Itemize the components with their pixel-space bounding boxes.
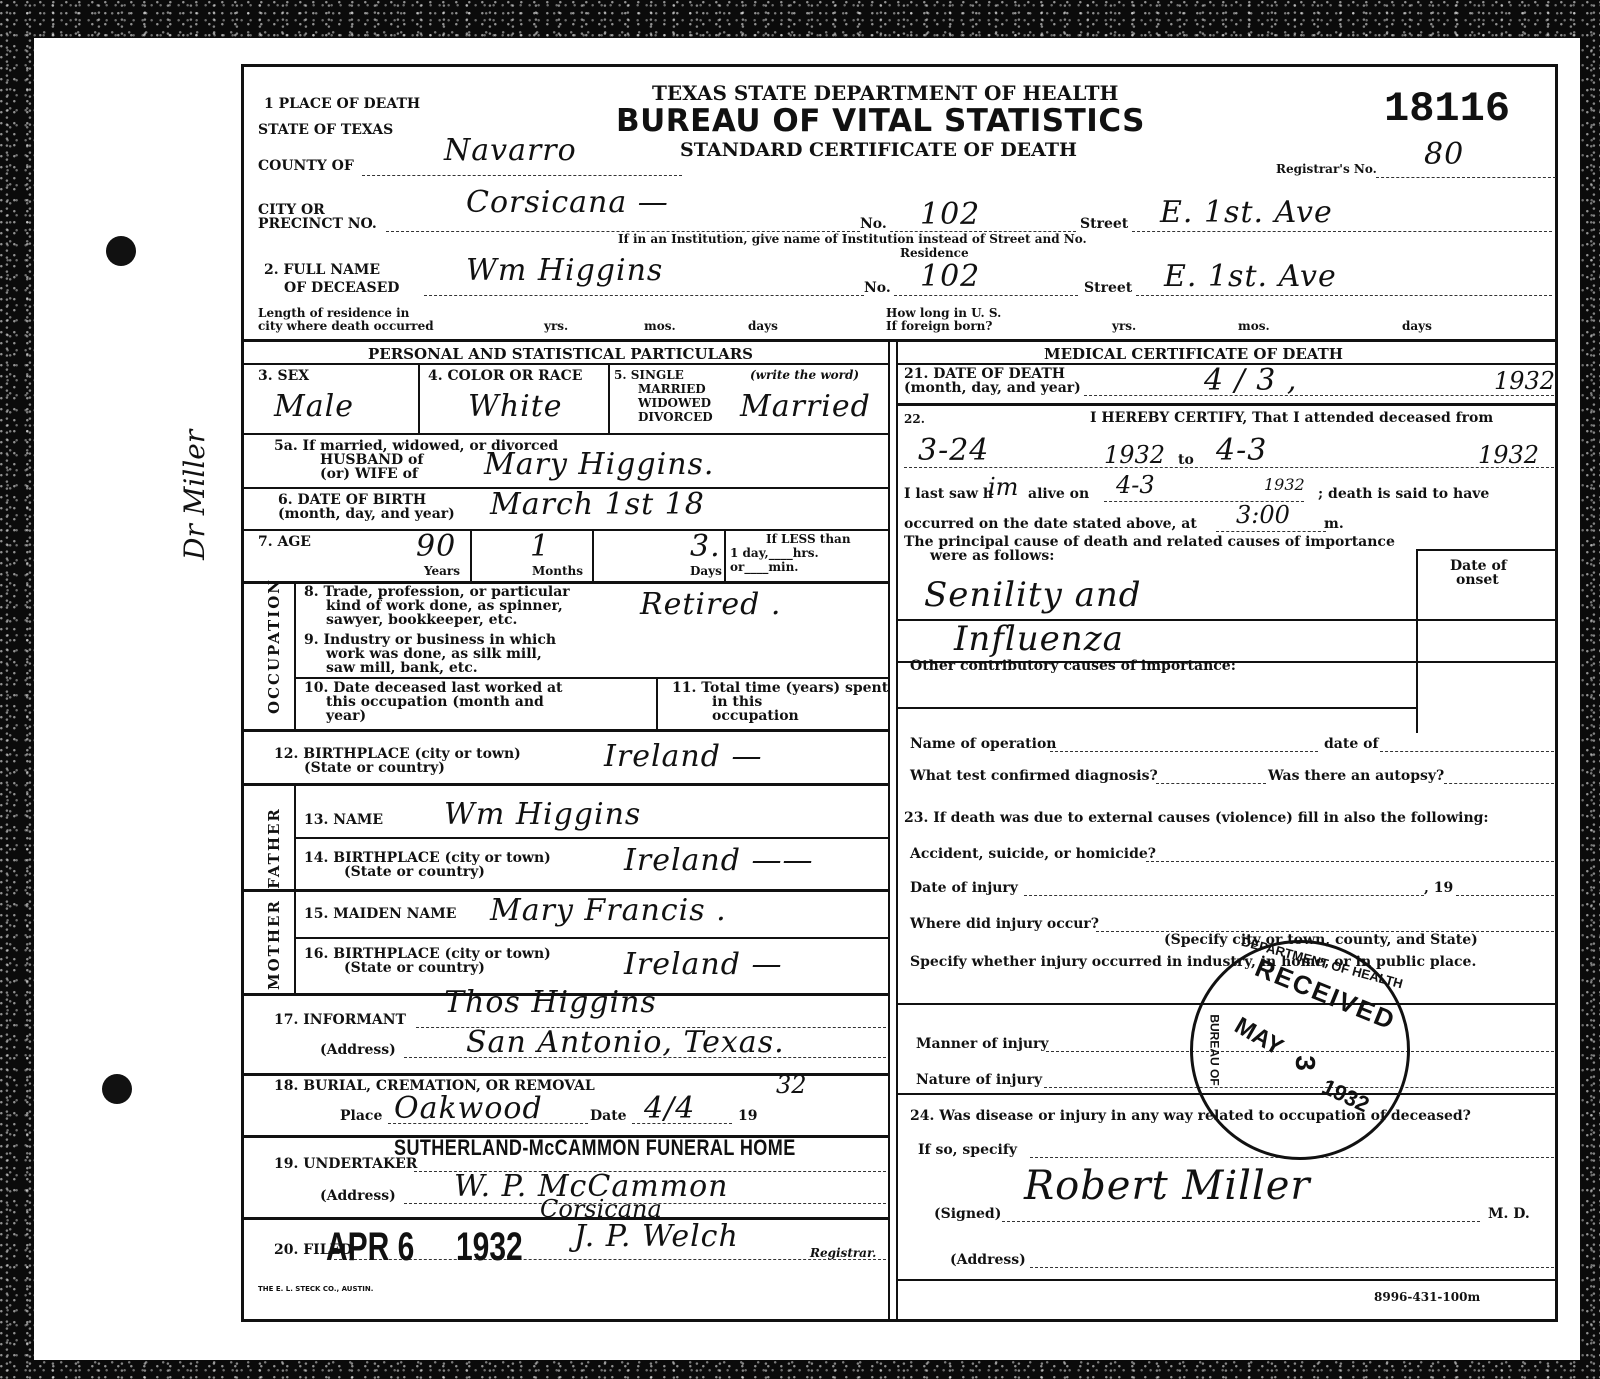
father-side-label: FATHER: [265, 806, 283, 890]
operation-date-label: date of: [1324, 737, 1378, 752]
spouse-label-3: (or) WIFE of: [320, 467, 418, 482]
sex-label: 3. SEX: [258, 369, 309, 384]
birthplace-label-2: (State or country): [304, 761, 445, 776]
mother-birthplace-value: Ireland —: [624, 947, 783, 982]
test-label: What test confirmed diagnosis?: [910, 769, 1158, 784]
injury-specify-label: Specify whether injury occurred in indus…: [910, 955, 1476, 970]
registrar-no-label: Registrar's No.: [1276, 163, 1377, 176]
institution-note: If in an Institution, give name of Insti…: [618, 233, 1087, 246]
date-of-death-year: 1932: [1494, 367, 1555, 395]
father-birthplace-label-2: (State or country): [344, 865, 485, 880]
street-label: Street: [1080, 217, 1128, 232]
undertaker-address-label: (Address): [320, 1189, 396, 1204]
signed-label: (Signed): [934, 1207, 1001, 1222]
registrar-label: Registrar.: [810, 1247, 876, 1260]
less-than-label-2: 1 day,____hrs.: [730, 547, 819, 560]
to-label: to: [1178, 453, 1194, 468]
last-worked-label-3: year): [326, 709, 366, 724]
dob-value: March 1st 18: [490, 487, 705, 522]
attended-to-year: 1932: [1478, 441, 1539, 469]
received-stamp: DEPARTMENT OF HEALTH RECEIVED MAY 3 1932…: [1190, 940, 1410, 1160]
how-long-label-2: If foreign born?: [886, 320, 992, 333]
last-saw-him: im: [988, 473, 1018, 501]
days-label: days: [748, 320, 778, 333]
md-label: M. D.: [1488, 1207, 1530, 1222]
external-causes-label: 23. If death was due to external causes …: [904, 811, 1489, 826]
department-title: TEXAS STATE DEPARTMENT OF HEALTH: [652, 81, 1118, 105]
manner-label: Manner of injury: [916, 1037, 1049, 1052]
burial-year-value: 32: [776, 1071, 807, 1099]
if-so-label: If so, specify: [918, 1143, 1017, 1158]
trade-value: Retired .: [640, 587, 781, 622]
days-label: Days: [690, 565, 722, 578]
full-name-value: Wm Higgins: [466, 253, 663, 288]
accident-label: Accident, suicide, or homicide?: [910, 847, 1156, 862]
injury-where-label: Where did injury occur?: [910, 917, 1099, 932]
res-street-label: Street: [1084, 281, 1132, 296]
printer-note: THE E. L. STECK CO., AUSTIN.: [258, 1285, 373, 1293]
place-street-value: E. 1st. Ave: [1160, 195, 1333, 230]
place-no-value: 102: [920, 197, 980, 232]
physician-address-label: (Address): [950, 1253, 1026, 1268]
stamp-month: MAY: [1229, 1012, 1287, 1062]
punch-hole: [102, 1074, 132, 1104]
less-than-label-1: If LESS than: [766, 533, 851, 546]
birthplace-value: Ireland —: [604, 739, 763, 774]
years-label: Years: [424, 565, 460, 578]
industry-label-3: saw mill, bank, etc.: [326, 661, 478, 676]
last-saw-suffix: ; death is said to have: [1318, 487, 1489, 502]
mother-maiden-label: 15. MAIDEN NAME: [304, 907, 456, 922]
cause-label-2: were as follows:: [930, 549, 1054, 564]
nature-label: Nature of injury: [916, 1073, 1042, 1088]
occupation-side-label: OCCUPATION: [265, 594, 283, 714]
father-birthplace-value: Ireland ——: [624, 843, 814, 878]
stamp-bureau: BUREAU OF: [1208, 1014, 1222, 1085]
filed-stamp-date: APR 6: [326, 1225, 414, 1270]
sex-value: Male: [274, 389, 354, 424]
length-label-2: city where death occurred: [258, 320, 434, 333]
father-name-label: 13. NAME: [304, 813, 383, 828]
attended-from-value: 3-24: [918, 433, 989, 468]
city-value: Corsicana —: [466, 185, 669, 220]
medical-section-title: MEDICAL CERTIFICATE OF DEATH: [1044, 345, 1343, 363]
mother-side-label: MOTHER: [265, 906, 283, 990]
dod-label-2: (month, day, and year): [904, 381, 1081, 396]
yrs-label: yrs.: [544, 320, 568, 333]
attended-from-year: 1932: [1104, 441, 1165, 469]
months-label: Months: [532, 565, 583, 578]
res-street-value: E. 1st. Ave: [1164, 259, 1337, 294]
personal-section-title: PERSONAL AND STATISTICAL PARTICULARS: [368, 345, 753, 363]
burial-place-value: Oakwood: [394, 1091, 543, 1126]
race-value: White: [468, 389, 563, 424]
informant-address-value: San Antonio, Texas.: [466, 1025, 785, 1060]
marital-label-married: MARRIED: [638, 383, 706, 396]
time-suffix: m.: [1324, 517, 1344, 532]
injury-date-label: Date of injury: [910, 881, 1018, 896]
last-saw-year: 1932: [1264, 475, 1305, 494]
mos-label: mos.: [644, 320, 676, 333]
filed-stamp-year: 1932: [456, 1225, 523, 1270]
operation-label: Name of operation: [910, 737, 1056, 752]
marital-value: Married: [740, 389, 871, 424]
age-label: 7. AGE: [258, 535, 311, 550]
full-name-label-2: OF DECEASED: [284, 281, 399, 296]
yrs-label: yrs.: [1112, 320, 1136, 333]
mother-birthplace-label-2: (State or country): [344, 961, 485, 976]
punch-hole: [106, 236, 136, 266]
registrar-no-value: 80: [1424, 137, 1464, 172]
marital-hint: (write the word): [750, 369, 859, 382]
state-label: STATE OF TEXAS: [258, 123, 393, 138]
informant-address-label: (Address): [320, 1043, 396, 1058]
last-saw-date: 4-3: [1116, 471, 1155, 499]
mos-label: mos.: [1238, 320, 1270, 333]
no-label: No.: [860, 217, 887, 232]
res-no-label: No.: [864, 281, 891, 296]
county-label: COUNTY OF: [258, 159, 354, 174]
age-days-value: 3.: [690, 529, 721, 564]
mother-maiden-value: Mary Francis .: [490, 893, 727, 928]
last-saw-mid: alive on: [1028, 487, 1089, 502]
spouse-value: Mary Higgins.: [484, 447, 714, 482]
race-label: 4. COLOR OR RACE: [428, 369, 582, 384]
attended-to-value: 4-3: [1216, 433, 1267, 468]
marital-label-single: 5. SINGLE: [614, 369, 684, 382]
bureau-title: BUREAU OF VITAL STATISTICS: [616, 103, 1145, 139]
informant-label: 17. INFORMANT: [274, 1013, 406, 1028]
physician-signature: Robert Miller: [1024, 1163, 1311, 1209]
dob-label-2: (month, day, and year): [278, 507, 455, 522]
other-causes-label: Other contributory causes of importance:: [910, 659, 1236, 674]
days-label: days: [1402, 320, 1432, 333]
full-name-label-1: 2. FULL NAME: [264, 263, 380, 278]
form-code: 8996-431-100m: [1374, 1291, 1480, 1304]
injury-year-prefix: , 19: [1424, 881, 1453, 896]
county-value: Navarro: [444, 133, 577, 168]
informant-name-value: Thos Higgins: [444, 985, 657, 1020]
less-than-label-3: or____min.: [730, 561, 798, 574]
city-label-2: PRECINCT NO.: [258, 217, 377, 232]
undertaker-label: 19. UNDERTAKER: [274, 1157, 417, 1172]
cause-2-value: Influenza: [954, 619, 1124, 659]
age-months-value: 1: [530, 529, 550, 564]
burial-place-label: Place: [340, 1109, 382, 1124]
registrar-signature: J. P. Welch: [574, 1219, 739, 1254]
autopsy-label: Was there an autopsy?: [1268, 769, 1444, 784]
burial-date-label: Date: [590, 1109, 627, 1124]
cause-1-value: Senility and: [924, 575, 1142, 615]
time-of-death-value: 3:00: [1236, 501, 1290, 529]
last-saw-prefix: I last saw h: [904, 487, 993, 502]
certify-number: 22.: [904, 413, 925, 426]
funeral-home-stamp: SUTHERLAND-McCAMMON FUNERAL HOME: [394, 1135, 796, 1161]
res-no-value: 102: [920, 259, 980, 294]
trade-label-3: sawyer, bookkeeper, etc.: [326, 613, 517, 628]
form-title: STANDARD CERTIFICATE OF DEATH: [680, 139, 1077, 161]
place-of-death-label: 1 PLACE OF DEATH: [264, 97, 420, 112]
margin-note: Dr Miller: [178, 430, 211, 560]
certificate-number: 18116: [1384, 85, 1510, 133]
occurred-label: occurred on the date stated above, at: [904, 517, 1197, 532]
total-time-label-3: occupation: [712, 709, 799, 724]
onset-label-2: onset: [1456, 573, 1499, 588]
date-of-death-value: 4 / 3 ,: [1204, 363, 1297, 398]
stamp-day: 3: [1289, 1055, 1321, 1071]
burial-date-value: 4/4: [644, 1091, 695, 1126]
marital-label-widowed: WIDOWED: [638, 397, 711, 410]
certify-text: I HEREBY CERTIFY, That I attended deceas…: [1090, 411, 1493, 426]
father-name-value: Wm Higgins: [444, 797, 641, 832]
age-years-value: 90: [416, 529, 456, 564]
burial-year-prefix: 19: [738, 1109, 757, 1124]
total-time-label-1: 11. Total time (years) spent: [672, 681, 888, 696]
stamp-year: 1932: [1318, 1074, 1373, 1118]
marital-label-divorced: DIVORCED: [638, 411, 713, 424]
